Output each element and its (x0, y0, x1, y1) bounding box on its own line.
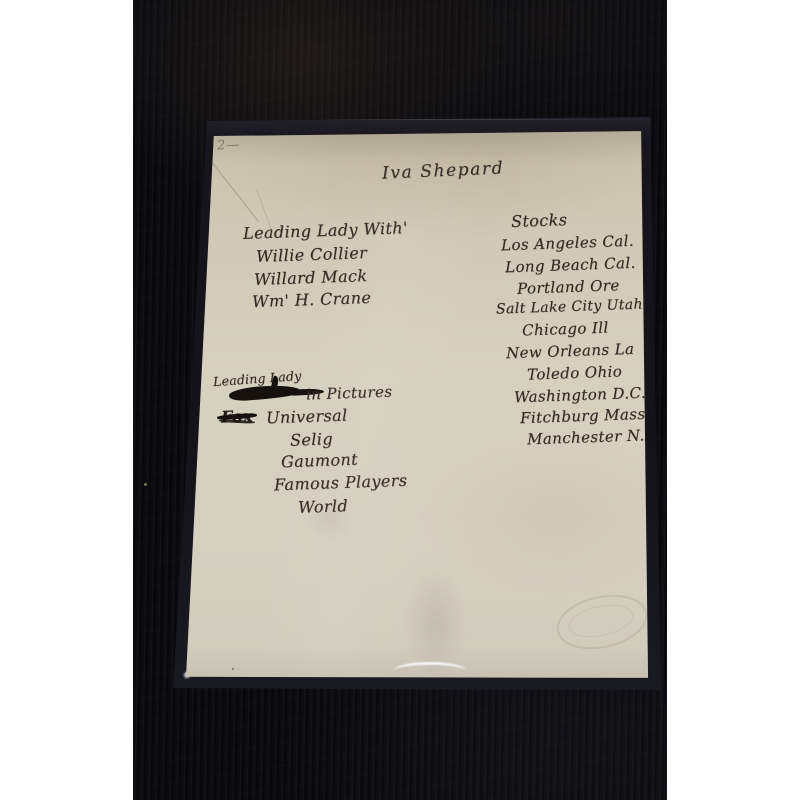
handwritten-name: Willard Mack (254, 266, 368, 289)
handwritten-location: Long Beach Cal. (505, 254, 636, 277)
handwritten-name: Wm' H. Crane (252, 288, 372, 311)
handwritten-location: Manchester N.H. (527, 426, 664, 449)
handwritten-name: Willie Collier (256, 243, 368, 266)
handwritten-heading-pictures-line2: in Pictures (306, 382, 393, 403)
product-photo-canvas: { "paper": { "corner_mark": "2—", "title… (0, 0, 800, 800)
handwritten-location: Fitchburg Mass (520, 405, 646, 427)
document-paper: 2— Iva Shepard Leading Lady With' Willie… (186, 130, 649, 679)
handwritten-location: Chicago Ill (522, 318, 609, 339)
paper-crease (210, 160, 259, 222)
paper-smudge (306, 500, 356, 540)
handwritten-studio: Gaumont (281, 450, 359, 472)
photo-dark-wood-surface: 2— Iva Shepard Leading Lady With' Willie… (133, 0, 667, 800)
paper-speck (232, 668, 234, 670)
handwritten-location: Salt Lake City Utah (496, 296, 643, 317)
handwritten-studio: Universal (266, 406, 348, 428)
dust-speck (144, 483, 147, 486)
pencil-corner-mark: 2— (217, 137, 241, 153)
handwritten-location: New Orleans La (506, 340, 635, 362)
handwritten-heading-stocks: Stocks (511, 210, 568, 231)
handwritten-location: Washington D.C. (514, 384, 646, 407)
document-title: Iva Shepard (382, 158, 505, 183)
handwritten-location: Toledo Ohio (527, 362, 623, 383)
handwritten-location: Los Angeles Cal. (501, 232, 635, 255)
handwritten-studio: Famous Players (274, 471, 408, 495)
plastic-glare-highlight (394, 662, 466, 679)
handwritten-location: Portland Ore (517, 276, 620, 298)
handwritten-studio: Selig (290, 429, 334, 449)
